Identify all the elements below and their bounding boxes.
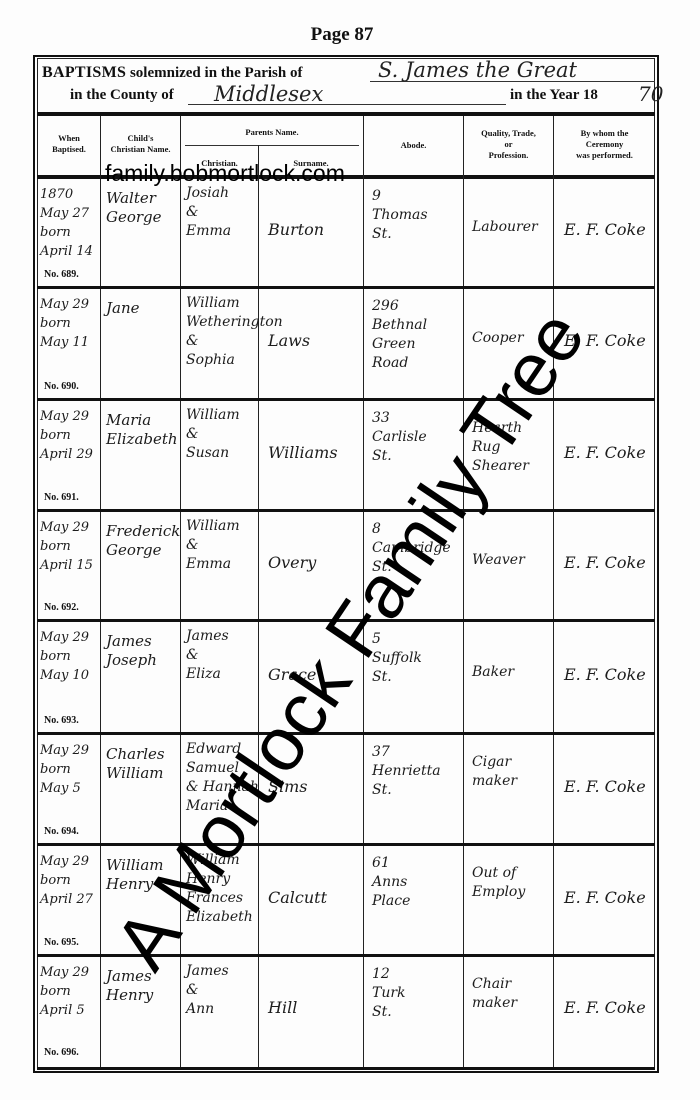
- entry-abode-line: 37: [372, 743, 441, 762]
- entry-quality: Chairmaker: [472, 975, 517, 1013]
- col-when-l2: Baptised.: [38, 144, 100, 155]
- entry-child-name-line: James: [106, 632, 157, 651]
- entry-when-line: May 29: [40, 741, 89, 760]
- entry-when-line: April 27: [40, 890, 93, 909]
- header-rule-top: [37, 112, 655, 116]
- entry-number: No. 696.: [44, 1047, 79, 1058]
- entry-when-line: born: [40, 760, 89, 779]
- entry-when: May 29bornMay 11: [40, 295, 89, 352]
- entry-abode-line: Road: [372, 354, 427, 373]
- col-when-l1: When: [38, 133, 100, 144]
- entry-when-line: May 11: [40, 333, 89, 352]
- entry-abode: 9ThomasSt.: [372, 187, 428, 244]
- entry-child-name-line: Elizabeth: [106, 430, 178, 449]
- col-abode: Abode.: [364, 140, 463, 151]
- entry-quality-line: Chair: [472, 975, 517, 994]
- entry-number: No. 694.: [44, 826, 79, 837]
- entry-when: May 29bornApril 5: [40, 963, 89, 1020]
- year-value: 70: [638, 82, 663, 106]
- entry-quality: Labourer: [472, 218, 538, 237]
- entry-officiant: E. F. Coke: [564, 665, 646, 684]
- entry-abode: 37HenriettaSt.: [372, 743, 441, 800]
- title-baptisms: BAPTISMS: [42, 64, 126, 81]
- entry-child-name: FrederickGeorge: [106, 522, 180, 560]
- entry-when-line: 1870: [40, 185, 93, 204]
- entry-parents-christian-line: Sophia: [186, 351, 283, 370]
- entry-when-line: May 29: [40, 852, 93, 871]
- entry-surname: Calcutt: [268, 888, 327, 907]
- col-quality: Quality, Trade, or Profession.: [464, 128, 553, 161]
- entry-parents-christian-line: Susan: [186, 444, 240, 463]
- entry-when: May 29bornApril 15: [40, 518, 93, 575]
- entry-abode-line: 12: [372, 965, 406, 984]
- entry-when-line: May 29: [40, 628, 89, 647]
- entry-parents-christian-line: William: [186, 294, 283, 313]
- entry-when-line: April 29: [40, 445, 93, 464]
- entry-child-name-line: George: [106, 208, 162, 227]
- entry-abode-line: St.: [372, 225, 428, 244]
- entry-parents-christian-line: &: [186, 425, 240, 444]
- entry-abode-line: 33: [372, 409, 427, 428]
- col-child-l2: Christian Name.: [101, 144, 180, 155]
- entry-abode-line: St.: [372, 1003, 406, 1022]
- entry-abode-line: 9: [372, 187, 428, 206]
- entry-number: No. 690.: [44, 381, 79, 392]
- entry-child-name-line: George: [106, 541, 180, 560]
- row-divider: [37, 843, 655, 846]
- entry-surname: Hill: [268, 998, 297, 1017]
- entry-parents-christian-line: William: [186, 517, 240, 536]
- entry-parents-christian-line: Ann: [186, 1000, 229, 1019]
- entry-when: 1870May 27bornApril 14: [40, 185, 93, 261]
- entry-child-name-line: Henry: [106, 986, 153, 1005]
- entry-when: May 29bornMay 10: [40, 628, 89, 685]
- entry-abode-line: 61: [372, 854, 410, 873]
- year-label: in the Year 18: [510, 87, 598, 104]
- entry-child-name: CharlesWilliam: [106, 745, 165, 783]
- entry-quality: Weaver: [472, 551, 525, 570]
- entry-officiant: E. F. Coke: [564, 777, 646, 796]
- entry-when-line: May 29: [40, 407, 93, 426]
- entry-number: No. 695.: [44, 937, 79, 948]
- col-divider: [553, 116, 554, 1067]
- entry-quality-line: Out of: [472, 864, 525, 883]
- entry-abode: 296BethnalGreenRoad: [372, 297, 427, 373]
- col-quality-l3: Profession.: [464, 150, 553, 161]
- entry-parents-christian-line: Eliza: [186, 665, 229, 684]
- entry-abode-line: Anns: [372, 873, 410, 892]
- entry-quality: Baker: [472, 663, 514, 682]
- entry-when-line: born: [40, 223, 93, 242]
- entry-abode-line: Turk: [372, 984, 406, 1003]
- entry-when-line: April 5: [40, 1001, 89, 1020]
- entry-officiant: E. F. Coke: [564, 443, 646, 462]
- entry-abode: 61AnnsPlace: [372, 854, 410, 911]
- entry-when: May 29bornApril 27: [40, 852, 93, 909]
- col-by-l1: By whom the: [554, 128, 655, 139]
- entry-parents-christian-line: Emma: [186, 222, 231, 241]
- entry-when-line: May 29: [40, 963, 89, 982]
- entry-when-line: May 5: [40, 779, 89, 798]
- row-divider: [37, 732, 655, 735]
- parish-value: S. James the Great: [378, 58, 577, 82]
- entry-child-name: MariaElizabeth: [106, 411, 178, 449]
- col-divider: [100, 116, 101, 1067]
- row-divider: [37, 509, 655, 512]
- entry-when-line: born: [40, 647, 89, 666]
- entry-quality: Cigarmaker: [472, 753, 517, 791]
- entry-when: May 29bornApril 29: [40, 407, 93, 464]
- entry-parents-christian-line: &: [186, 646, 229, 665]
- entry-child-name-line: James: [106, 967, 153, 986]
- county-value: Middlesex: [214, 82, 323, 106]
- entry-when-line: May 27: [40, 204, 93, 223]
- entry-when: May 29bornMay 5: [40, 741, 89, 798]
- entry-abode-line: Carlisle: [372, 428, 427, 447]
- register-title: BAPTISMS solemnized in the Parish of: [42, 64, 302, 82]
- entry-surname: Overy: [268, 553, 316, 572]
- col-quality-l1: Quality, Trade,: [464, 128, 553, 139]
- entry-quality-line: maker: [472, 772, 517, 791]
- entry-when-line: born: [40, 982, 89, 1001]
- entry-number: No. 689.: [44, 269, 79, 280]
- entry-parents-christian: James&Eliza: [186, 627, 229, 684]
- col-divider: [463, 116, 464, 1067]
- entry-parents-christian: William&Susan: [186, 406, 240, 463]
- col-by-whom: By whom the Ceremony was performed.: [554, 128, 655, 161]
- entry-when-line: April 15: [40, 556, 93, 575]
- col-child: Child's Christian Name.: [101, 133, 180, 155]
- entry-child-name-line: Jane: [106, 299, 140, 318]
- entry-abode-line: 296: [372, 297, 427, 316]
- entry-quality-line: Employ: [472, 883, 525, 902]
- entry-child-name-line: Joseph: [106, 651, 157, 670]
- entry-when-line: May 29: [40, 295, 89, 314]
- entry-quality: Out ofEmploy: [472, 864, 525, 902]
- entry-child-name: WalterGeorge: [106, 189, 162, 227]
- entry-parents-christian-line: &: [186, 203, 231, 222]
- entry-number: No. 691.: [44, 492, 79, 503]
- entry-officiant: E. F. Coke: [564, 553, 646, 572]
- entry-quality-line: Baker: [472, 663, 514, 682]
- entry-officiant: E. F. Coke: [564, 220, 646, 239]
- entry-abode-line: Henrietta: [372, 762, 441, 781]
- entry-parents-christian-line: James: [186, 627, 229, 646]
- entry-when-line: born: [40, 426, 93, 445]
- entry-quality-line: maker: [472, 994, 517, 1013]
- parents-divider: [185, 145, 359, 146]
- entry-officiant: E. F. Coke: [564, 998, 646, 1017]
- entry-number: No. 692.: [44, 602, 79, 613]
- entry-surname: Laws: [268, 331, 310, 350]
- entry-quality-line: Labourer: [472, 218, 538, 237]
- entry-quality-line: Weaver: [472, 551, 525, 570]
- col-when: When Baptised.: [38, 133, 100, 155]
- entry-abode-line: Place: [372, 892, 410, 911]
- entry-parents-christian-line: James: [186, 962, 229, 981]
- entry-parents-christian-line: Emma: [186, 555, 240, 574]
- entry-child-name: JamesJoseph: [106, 632, 157, 670]
- page-number: Page 87: [0, 24, 684, 46]
- entry-child-name-line: William: [106, 764, 165, 783]
- entry-child-name-line: Charles: [106, 745, 165, 764]
- col-by-l2: Ceremony: [554, 139, 655, 150]
- col-by-l3: was performed.: [554, 150, 655, 161]
- entry-when-line: born: [40, 314, 89, 333]
- entry-abode-line: Green: [372, 335, 427, 354]
- col-quality-l2: or: [464, 139, 553, 150]
- entry-parents-christian: William&Emma: [186, 517, 240, 574]
- watermark-url: family.bobmortlock.com: [105, 160, 345, 187]
- entry-parents-christian: James&Ann: [186, 962, 229, 1019]
- col-parents: Parents Name.: [181, 127, 363, 138]
- entry-child-name: Jane: [106, 299, 140, 318]
- entry-when-line: May 29: [40, 518, 93, 537]
- entry-surname: Williams: [268, 443, 338, 462]
- entry-child-name: JamesHenry: [106, 967, 153, 1005]
- table-bottom-rule: [37, 1067, 655, 1070]
- entry-when-line: born: [40, 537, 93, 556]
- county-label: in the County of: [70, 87, 174, 104]
- row-divider: [37, 286, 655, 289]
- entry-quality-line: Cigar: [472, 753, 517, 772]
- entry-child-name-line: Frederick: [106, 522, 180, 541]
- title-rest: solemnized in the Parish of: [130, 65, 303, 81]
- entry-when-line: April 14: [40, 242, 93, 261]
- entry-child-name-line: Walter: [106, 189, 162, 208]
- entry-abode: 33CarlisleSt.: [372, 409, 427, 466]
- entry-parents-christian-line: Wetherington: [186, 313, 283, 332]
- col-child-l1: Child's: [101, 133, 180, 144]
- entry-parents-christian-line: &: [186, 981, 229, 1000]
- entry-abode-line: Bethnal: [372, 316, 427, 335]
- entry-abode-line: Thomas: [372, 206, 428, 225]
- entry-abode-line: St.: [372, 781, 441, 800]
- entry-when-line: born: [40, 871, 93, 890]
- entry-parents-christian-line: William: [186, 406, 240, 425]
- entry-when-line: May 10: [40, 666, 89, 685]
- entry-officiant: E. F. Coke: [564, 888, 646, 907]
- entry-abode: 12TurkSt.: [372, 965, 406, 1022]
- entry-child-name-line: Maria: [106, 411, 178, 430]
- entry-surname: Burton: [268, 220, 324, 239]
- entry-parents-christian-line: &: [186, 536, 240, 555]
- entry-number: No. 693.: [44, 715, 79, 726]
- col-divider: [258, 145, 259, 1067]
- entry-parents-christian: Josiah&Emma: [186, 184, 231, 241]
